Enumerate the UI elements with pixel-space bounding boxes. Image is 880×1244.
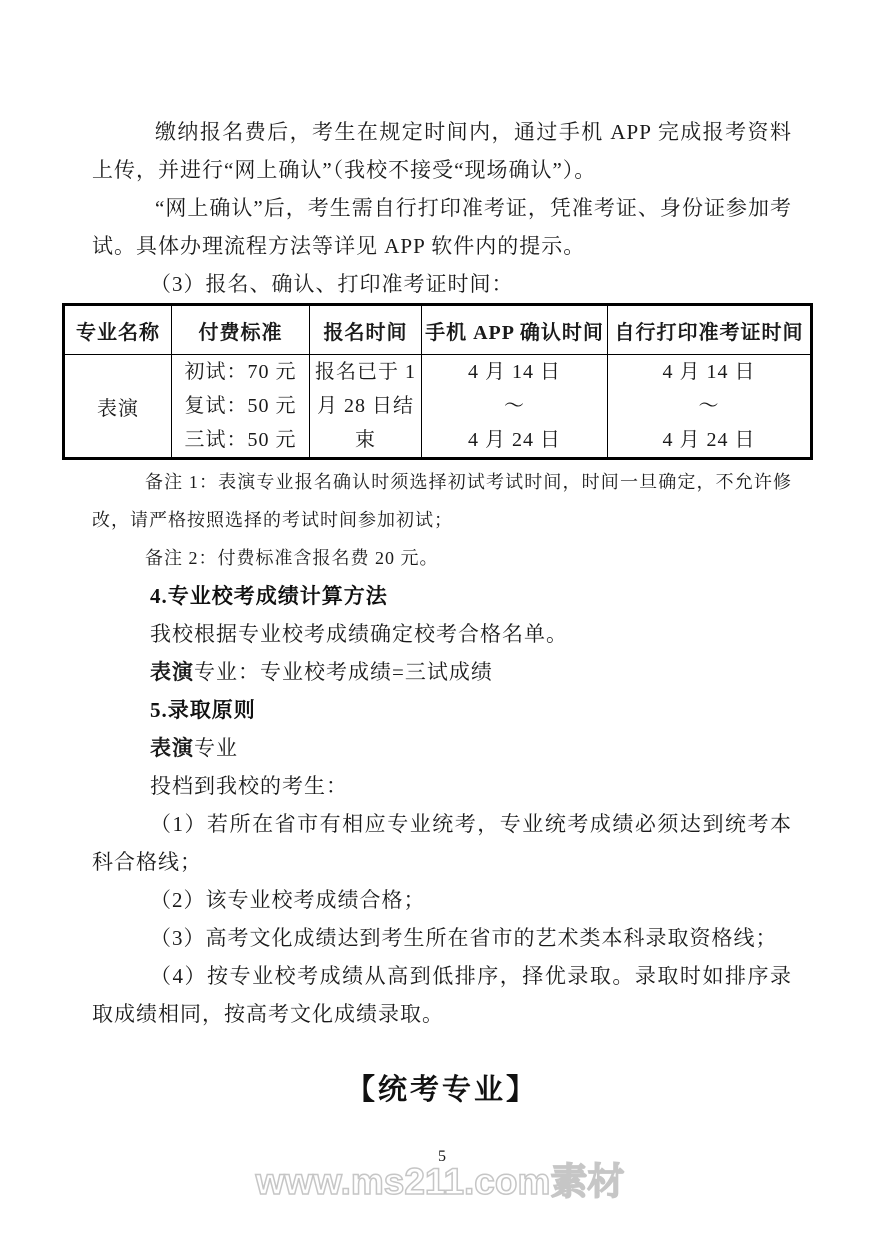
section-4-line-1: 我校根据专业校考成绩确定校考合格名单。 — [92, 615, 792, 653]
col-header-fee: 付费标准 — [172, 305, 310, 355]
note-2: 备注 2：付费标准含报名费 20 元。 — [92, 539, 792, 577]
admission-rule-4: （4）按专业校考成绩从高到低排序，择优录取。录取时如排序录取成绩相同，按高考文化… — [92, 957, 792, 1033]
admission-rule-2: （2）该专业校考成绩合格； — [92, 881, 792, 919]
cell-app-confirm-time: 4 月 14 日 ～ 4 月 24 日 — [422, 355, 608, 459]
intro-paragraph-2: “网上确认”后，考生需自行打印准考证，凭准考证、身份证参加考试。具体办理流程方法… — [92, 189, 792, 265]
exam-schedule-table: 专业名称 付费标准 报名时间 手机 APP 确认时间 自行打印准考证时间 表演 … — [62, 303, 813, 460]
admission-rule-1: （1）若所在省市有相应专业统考，专业统考成绩必须达到统考本科合格线； — [92, 805, 792, 881]
performance-formula-text: 专业：专业校考成绩=三试成绩 — [194, 660, 493, 684]
intro-paragraph-1: 缴纳报名费后，考生在规定时间内，通过手机 APP 完成报考资料上传，并进行“网上… — [92, 113, 792, 189]
notes-block: 备注 1：表演专业报名确认时须选择初试考试时间，时间一旦确定，不允许修改，请严格… — [92, 463, 792, 577]
section-5-heading: 5.录取原则 — [92, 691, 792, 729]
cell-print-time: 4 月 14 日 ～ 4 月 24 日 — [608, 355, 812, 459]
table-row: 表演 初试：70 元 复试：50 元 三试：50 元 报名已于 1 月 28 日… — [64, 355, 812, 459]
section-4-heading: 4.专业校考成绩计算方法 — [92, 577, 792, 615]
unified-exam-section-heading: 【统考专业】 — [92, 1066, 792, 1114]
section-4-performance-formula: 表演专业：专业校考成绩=三试成绩 — [92, 653, 792, 691]
col-header-major: 专业名称 — [64, 305, 172, 355]
subheading-rest-text: 专业 — [194, 736, 238, 760]
subheading-lead-label: 表演 — [150, 736, 194, 760]
document-page: 缴纳报名费后，考生在规定时间内，通过手机 APP 完成报考资料上传，并进行“网上… — [0, 0, 880, 1244]
item-3-label: （3）报名、确认、打印准考证时间： — [92, 265, 792, 303]
section-5-subheading: 表演专业 — [92, 729, 792, 767]
cell-major: 表演 — [64, 355, 172, 459]
performance-lead-label: 表演 — [150, 660, 194, 684]
watermark-text: www.ms211.com素材 — [256, 1158, 625, 1206]
section-5-line-1: 投档到我校的考生： — [92, 767, 792, 805]
col-header-register-time: 报名时间 — [310, 305, 422, 355]
cell-register-time: 报名已于 1 月 28 日结 束 — [310, 355, 422, 459]
table-header-row: 专业名称 付费标准 报名时间 手机 APP 确认时间 自行打印准考证时间 — [64, 305, 812, 355]
note-1: 备注 1：表演专业报名确认时须选择初试考试时间，时间一旦确定，不允许修改，请严格… — [92, 463, 792, 539]
col-header-app-confirm-time: 手机 APP 确认时间 — [422, 305, 608, 355]
admission-rule-3: （3）高考文化成绩达到考生所在省市的艺术类本科录取资格线； — [92, 919, 792, 957]
document-content: 缴纳报名费后，考生在规定时间内，通过手机 APP 完成报考资料上传，并进行“网上… — [92, 113, 792, 1173]
col-header-print-time: 自行打印准考证时间 — [608, 305, 812, 355]
cell-fees: 初试：70 元 复试：50 元 三试：50 元 — [172, 355, 310, 459]
